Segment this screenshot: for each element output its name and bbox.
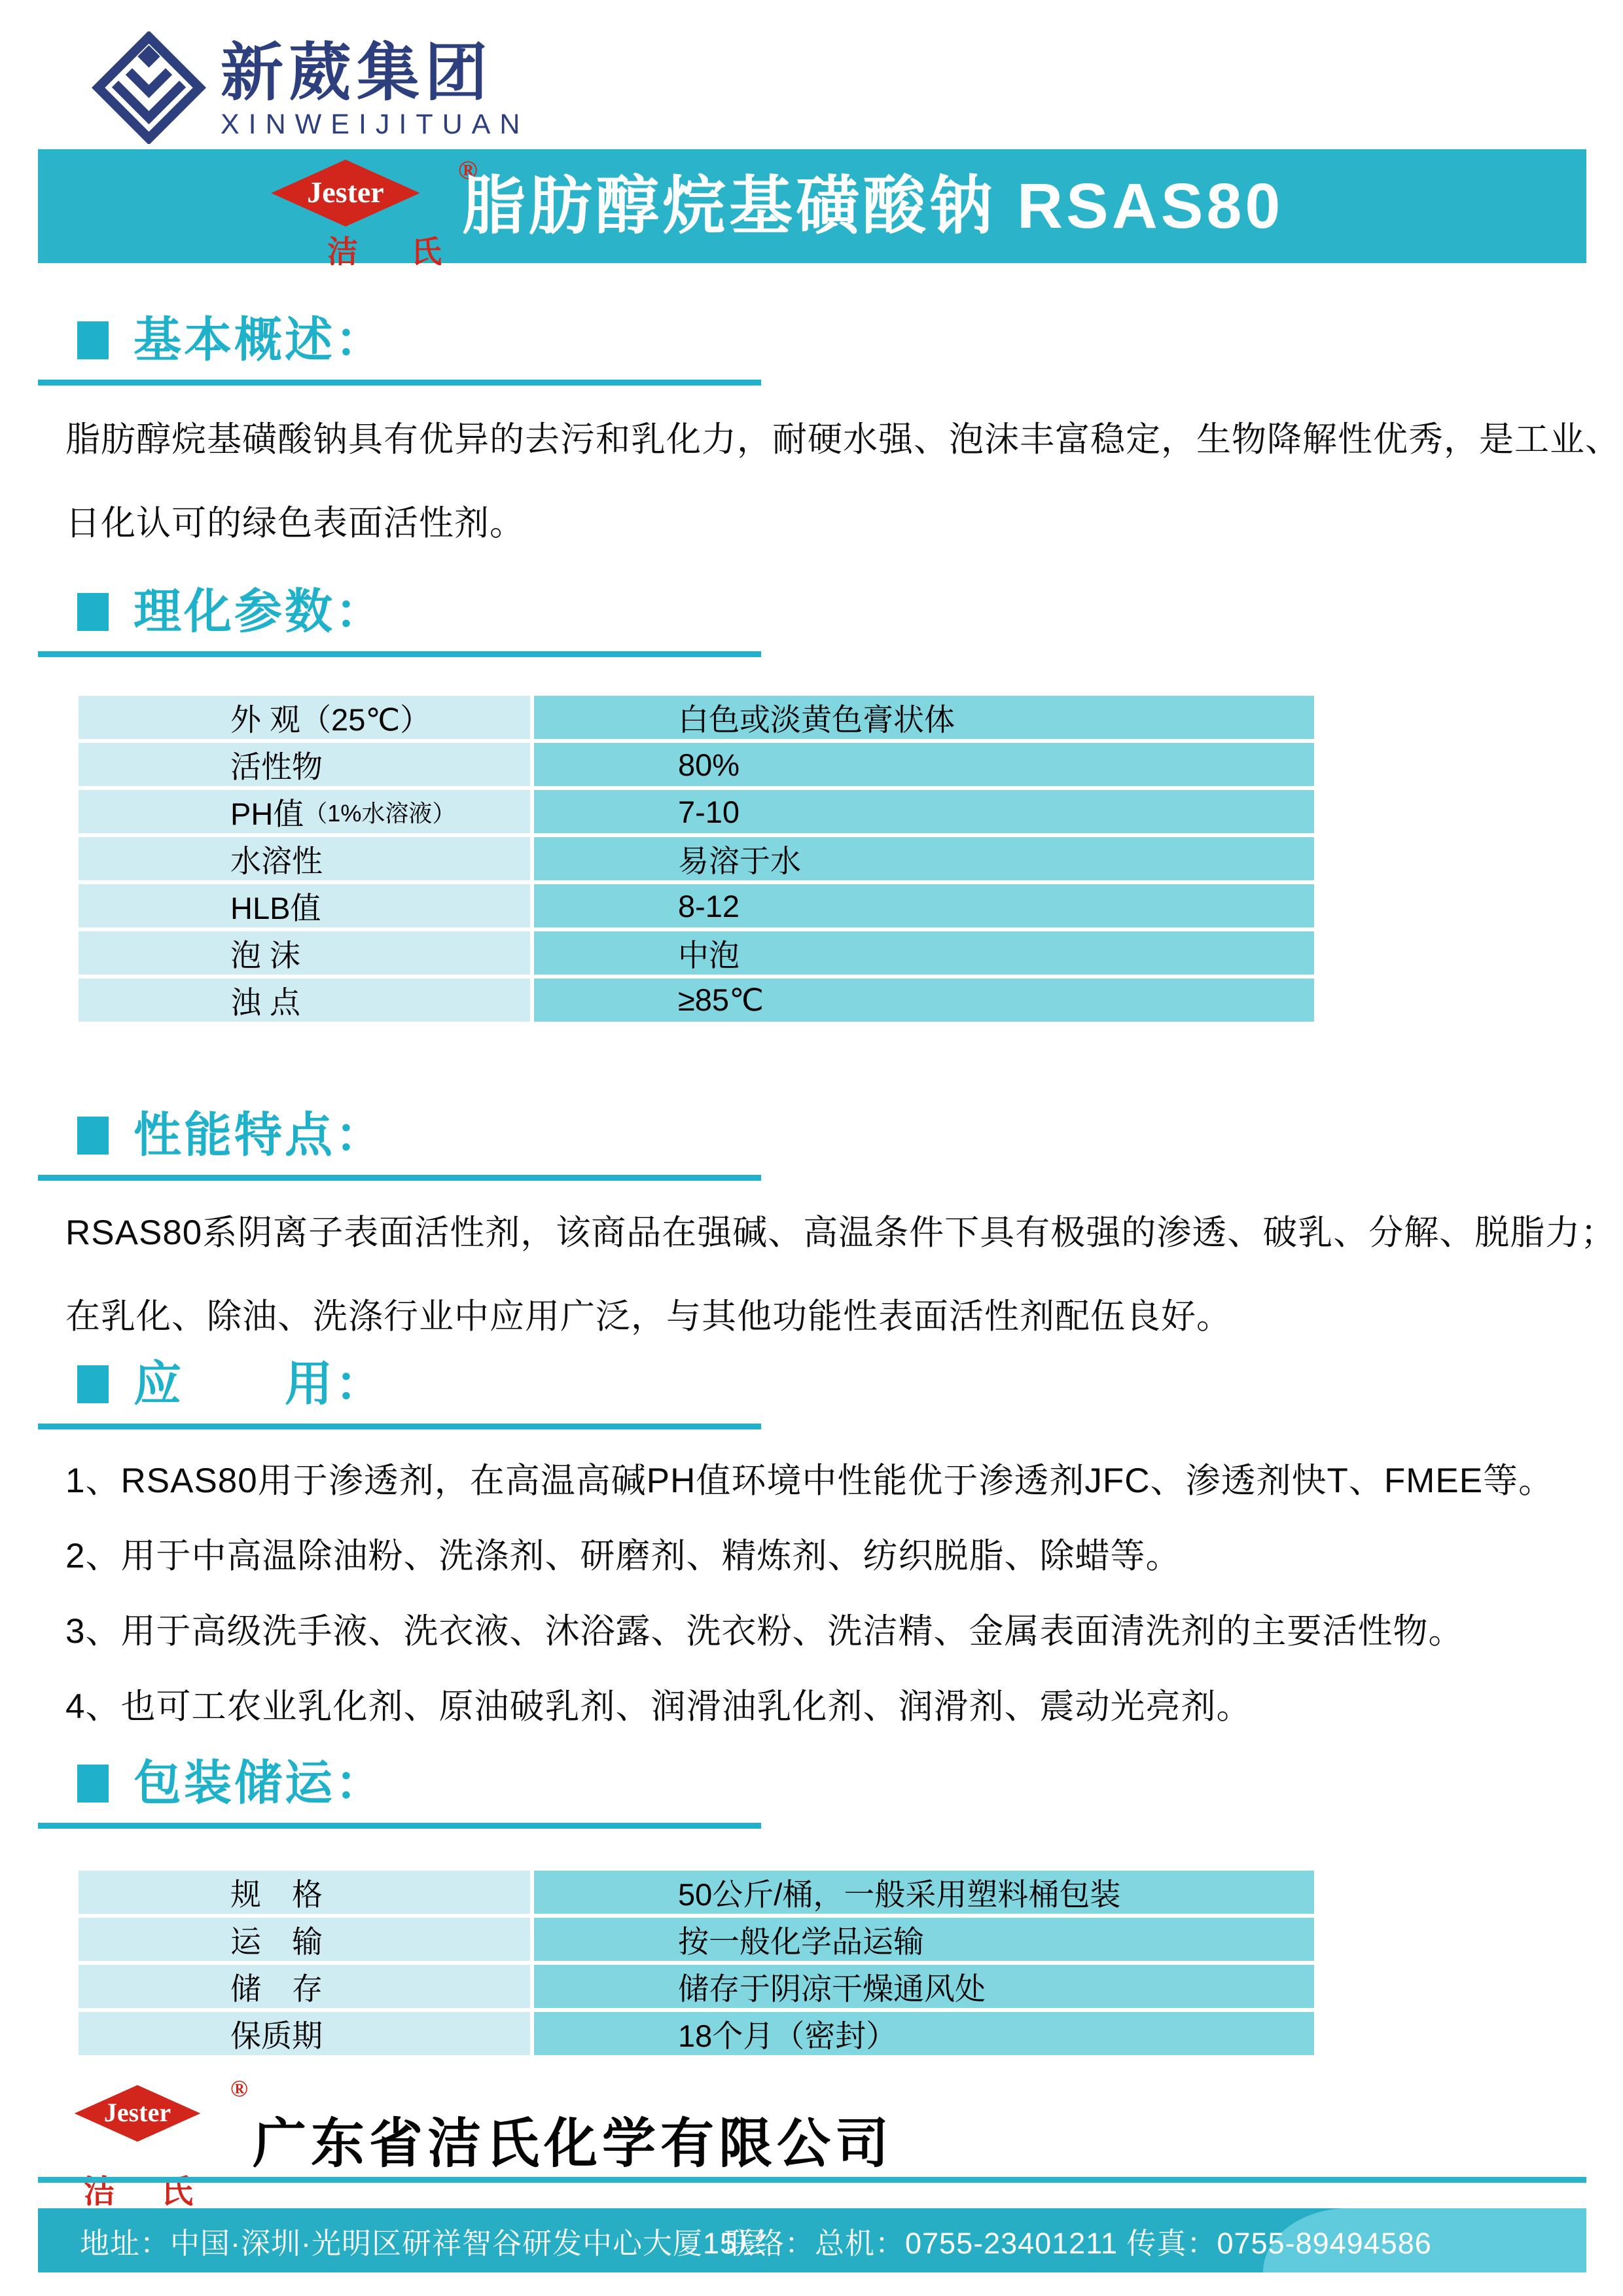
- param-label: HLB值: [230, 884, 321, 928]
- table-row: HLB值 8-12: [79, 884, 1314, 927]
- text-line: RSAS80系阴离子表面活性剂，该商品在强碱、高温条件下具有极强的渗透、破乳、分…: [65, 1191, 1590, 1275]
- table-row: 浊 点 ≥85℃: [79, 978, 1314, 1022]
- overview-text: 脂肪醇烷基磺酸钠具有优异的去污和乳化力，耐硬水强、泡沫丰富稳定，生物降解性优秀，…: [65, 398, 1590, 565]
- param-value: 8-12: [678, 888, 740, 924]
- bottom-rule: [38, 2177, 1586, 2183]
- company-block: Jester ® 洁 氏 广东省洁氏化学有限公司: [73, 2083, 893, 2207]
- square-bullet-icon: [77, 1765, 109, 1803]
- list-item: 2、用于中高温除油粉、洗涤剂、研磨剂、精炼剂、纺织脱脂、除蜡等。: [65, 1518, 1590, 1594]
- section-rule: [38, 1175, 761, 1181]
- table-row: 泡 沫 中泡: [79, 931, 1314, 975]
- param-value: 白色或淡黄色膏状体: [678, 696, 955, 740]
- section-rule: [38, 651, 761, 657]
- param-label: 浊 点: [230, 978, 300, 1022]
- section-rule: [38, 380, 761, 386]
- table-row: 储 存 储存于阴凉干燥通风处: [79, 1965, 1314, 2008]
- text-line: 脂肪醇烷基磺酸钠具有优异的去污和乳化力，耐硬水强、泡沫丰富稳定，生物降解性优秀，…: [65, 398, 1590, 482]
- section-heading-features: 性能特点：: [77, 1109, 385, 1162]
- table-row: 活性物 80%: [79, 743, 1314, 786]
- title-banner: Jester ® 洁 氏 脂肪醇烷基磺酸钠 RSAS80: [38, 149, 1586, 263]
- packing-label: 运 输: [230, 1918, 323, 1962]
- table-row: 水溶性 易溶于水: [79, 837, 1314, 880]
- jester-cn-right: 氏: [411, 228, 442, 272]
- param-value: 7-10: [678, 794, 740, 830]
- xinwei-logo-icon: [92, 31, 206, 144]
- footer-bar: 地址：中国·深圳·光明区研祥智谷研发中心大厦15层 联络：总机：0755-234…: [38, 2208, 1586, 2272]
- company-name: 广东省洁氏化学有限公司: [253, 2101, 893, 2178]
- section-title: 包装储运：: [134, 1757, 385, 1810]
- table-row: 外 观（25℃） 白色或淡黄色膏状体: [79, 696, 1314, 739]
- jester-wordmark: Jester: [73, 2083, 202, 2144]
- param-value: 中泡: [678, 931, 740, 975]
- param-label-sub: （1%水溶液）: [304, 795, 455, 829]
- jester-logo: Jester ® 洁 氏: [270, 158, 421, 270]
- text-line: 日化认可的绿色表面活性剂。: [65, 482, 1590, 565]
- list-item: 3、用于高级洗手液、洗衣液、沐浴露、洗衣粉、洗洁精、金属表面清洗剂的主要活性物。: [65, 1594, 1590, 1669]
- section-heading-params: 理化参数：: [77, 586, 385, 638]
- list-item: 4、也可工农业乳化剂、原油破乳剂、润滑油乳化剂、润滑剂、震动光亮剂。: [65, 1669, 1590, 1744]
- product-datasheet-page: 新葳集团 XINWEIJITUAN Jester ® 洁 氏 脂肪醇烷基磺酸钠 …: [0, 0, 1623, 2296]
- packing-label: 储 存: [230, 1965, 323, 2009]
- section-title: 性能特点：: [134, 1109, 385, 1162]
- features-text: RSAS80系阴离子表面活性剂，该商品在强碱、高温条件下具有极强的渗透、破乳、分…: [65, 1191, 1590, 1359]
- jester-cn-left: 洁: [84, 2166, 116, 2212]
- square-bullet-icon: [77, 593, 109, 631]
- param-value: 易溶于水: [678, 837, 801, 881]
- param-value: ≥85℃: [678, 982, 764, 1018]
- packing-value: 18个月（密封）: [678, 2012, 897, 2056]
- packing-value: 按一般化学品运输: [678, 1918, 924, 1962]
- section-title: 应 用：: [134, 1358, 385, 1410]
- packing-label: 保质期: [230, 2012, 323, 2056]
- jester-cn-right: 氏: [161, 2166, 193, 2212]
- param-label: 活性物: [230, 743, 323, 787]
- group-name-en: XINWEIJITUAN: [221, 107, 529, 141]
- packing-value: 50公斤/桶，一般采用塑料桶包装: [678, 1871, 1120, 1914]
- section-heading-packing: 包装储运：: [77, 1757, 385, 1810]
- table-row: 保质期 18个月（密封）: [79, 2012, 1314, 2055]
- table-row: PH值（1%水溶液） 7-10: [79, 790, 1314, 833]
- square-bullet-icon: [77, 1117, 109, 1155]
- group-logo: 新葳集团 XINWEIJITUAN: [92, 31, 529, 144]
- param-label: 外 观（25℃）: [230, 696, 431, 740]
- params-table: 外 观（25℃） 白色或淡黄色膏状体 活性物 80% PH值（1%水溶液） 7-…: [79, 696, 1314, 1026]
- group-name: 新葳集团 XINWEIJITUAN: [221, 31, 529, 141]
- param-value: 80%: [678, 747, 740, 783]
- product-title: 脂肪醇烷基磺酸钠 RSAS80: [462, 169, 1283, 243]
- list-item: 1、RSAS80用于渗透剂，在高温高碱PH值环境中性能优于渗透剂JFC、渗透剂快…: [65, 1443, 1590, 1518]
- section-title: 基本概述：: [134, 314, 385, 367]
- group-name-cn: 新葳集团: [221, 41, 529, 106]
- text-line: 在乳化、除油、洗涤行业中应用广泛，与其他功能性表面活性剂配伍良好。: [65, 1275, 1590, 1359]
- square-bullet-icon: [77, 321, 109, 359]
- registered-mark-icon: ®: [230, 2075, 248, 2102]
- square-bullet-icon: [77, 1365, 109, 1403]
- param-label: 泡 沫: [230, 931, 300, 975]
- application-list: 1、RSAS80用于渗透剂，在高温高碱PH值环境中性能优于渗透剂JFC、渗透剂快…: [65, 1443, 1590, 1744]
- packing-label: 规 格: [230, 1871, 323, 1914]
- packing-value: 储存于阴凉干燥通风处: [678, 1965, 986, 2009]
- footer-address: 地址：中国·深圳·光明区研祥智谷研发中心大厦15层: [80, 2208, 767, 2272]
- section-heading-application: 应 用：: [77, 1358, 385, 1410]
- section-title: 理化参数：: [134, 586, 385, 638]
- section-rule: [38, 1823, 761, 1829]
- footer-contact: 联络：总机：0755-23401211 传真：0755-89494586: [724, 2208, 1432, 2272]
- jester-cn-left: 洁: [327, 228, 358, 272]
- jester-logo: Jester ® 洁 氏: [73, 2083, 202, 2207]
- section-rule: [38, 1424, 761, 1429]
- table-row: 运 输 按一般化学品运输: [79, 1918, 1314, 1961]
- param-label: 水溶性: [230, 837, 323, 881]
- table-row: 规 格 50公斤/桶，一般采用塑料桶包装: [79, 1871, 1314, 1914]
- param-label: PH值: [230, 790, 304, 834]
- jester-wordmark: Jester: [270, 158, 421, 228]
- packing-table: 规 格 50公斤/桶，一般采用塑料桶包装 运 输 按一般化学品运输 储 存 储存…: [79, 1871, 1314, 2059]
- section-heading-overview: 基本概述：: [77, 314, 385, 367]
